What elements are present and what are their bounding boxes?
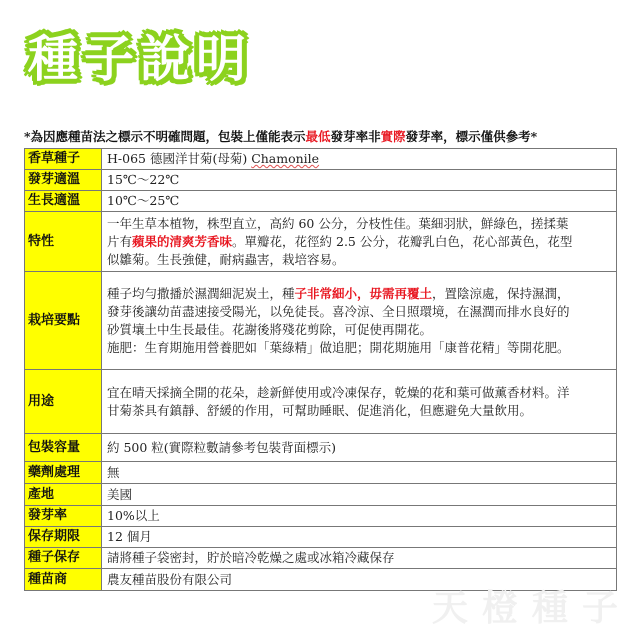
row-label: 包裝容量 (25, 434, 102, 462)
table-row: 特性 一年生草本植物，株型直立，高約 60 公分，分枝性佳。葉細羽狀，鮮綠色，搓… (25, 212, 617, 272)
table-row: 種子保存 請將種子袋密封，貯於暗冷乾燥之處或冰箱冷藏保存 (25, 548, 617, 569)
table-row: 香草種子 H-065 德國洋甘菊(母菊) Chamonile (25, 149, 617, 170)
row-value: 請將種子袋密封，貯於暗冷乾燥之處或冰箱冷藏保存 (102, 548, 617, 569)
text-line: 種子均勻撒播於濕潤細泥炭土，種子非常細小，毋需再覆土，置陰涼處，保持濕潤， (107, 285, 611, 303)
row-label: 栽培要點 (25, 272, 102, 370)
table-row: 保存期限 12 個月 (25, 527, 617, 548)
row-value: 10%以上 (102, 506, 617, 527)
text-line: 發芽後讓幼苗盡速接受陽光，以免徒長。喜冷涼、全日照環境，在濕潤而排水良好的 (107, 303, 611, 321)
emphasis-text: 蘋果的清爽芳香味 (132, 234, 232, 249)
notice-emphasis-actual: 實際 (381, 129, 406, 144)
notice-text-2: 發芽率非 (331, 129, 381, 144)
text-fragment: 種子均勻撒播於濕潤細泥炭土，種 (107, 286, 295, 301)
row-label: 產地 (25, 484, 102, 506)
table-row: 生長適溫 10℃～25℃ (25, 191, 617, 212)
row-value: 12 個月 (102, 527, 617, 548)
table-row: 栽培要點 種子均勻撒播於濕潤細泥炭土，種子非常細小，毋需再覆土，置陰涼處，保持濕… (25, 272, 617, 370)
row-label: 用途 (25, 370, 102, 434)
germination-notice: *為因應種苗法之標示不明確問題，包裝上僅能表示最低發芽率非實際發芽率，標示僅供參… (24, 129, 624, 145)
seed-latin-name: Chamonile (251, 151, 319, 166)
row-label: 特性 (25, 212, 102, 272)
seed-name: H-065 德國洋甘菊(母菊) (107, 151, 251, 166)
notice-text-1: *為因應種苗法之標示不明確問題，包裝上僅能表示 (24, 129, 306, 144)
text-line: 砂質壤土中生長最佳。花謝後將殘花剪除，可促使再開花。 (107, 321, 611, 339)
table-row: 發芽適溫 15℃～22℃ (25, 170, 617, 191)
row-label: 發芽適溫 (25, 170, 102, 191)
row-value: 美國 (102, 484, 617, 506)
table-row: 用途 宜在晴天採摘全開的花朵，趁新鮮使用或冷凍保存，乾燥的花和葉可做薰香材料。洋… (25, 370, 617, 434)
text-fragment: ，置陰涼處，保持濕潤， (432, 286, 570, 301)
text-line: 似雛菊。生長強健，耐病蟲害，栽培容易。 (107, 251, 611, 269)
page-title: 種子說明 (28, 34, 252, 84)
row-value: 約 500 粒(實際粒數請參考包裝背面標示) (102, 434, 617, 462)
notice-text-3: 發芽率，標示僅供參考* (406, 129, 538, 144)
table-row: 產地 美國 (25, 484, 617, 506)
notice-emphasis-lowest: 最低 (306, 129, 331, 144)
row-value: 15℃～22℃ (102, 170, 617, 191)
row-value: 無 (102, 462, 617, 484)
text-line: 宜在晴天採摘全開的花朵，趁新鮮使用或冷凍保存，乾燥的花和葉可做薰香材料。洋 (107, 384, 611, 402)
row-label: 種子保存 (25, 548, 102, 569)
row-label: 種苗商 (25, 569, 102, 591)
row-label: 生長適溫 (25, 191, 102, 212)
row-label: 發芽率 (25, 506, 102, 527)
row-value: 一年生草本植物，株型直立，高約 60 公分，分枝性佳。葉細羽狀，鮮綠色，搓揉葉 … (102, 212, 617, 272)
text-line: 片有蘋果的清爽芳香味。單瓣花，花徑約 2.5 公分，花瓣乳白色，花心部黃色，花型 (107, 233, 611, 251)
row-value: 種子均勻撒播於濕潤細泥炭土，種子非常細小，毋需再覆土，置陰涼處，保持濕潤， 發芽… (102, 272, 617, 370)
row-label: 保存期限 (25, 527, 102, 548)
text-fragment: 。單瓣花，花徑約 2.5 公分，花瓣乳白色，花心部黃色，花型 (232, 234, 572, 249)
table-row: 藥劑處理 無 (25, 462, 617, 484)
row-label: 藥劑處理 (25, 462, 102, 484)
emphasis-text: 子非常細小，毋需再覆土 (295, 286, 433, 301)
row-value: H-065 德國洋甘菊(母菊) Chamonile (102, 149, 617, 170)
text-line: 施肥：生育期施用營養肥如「葉綠精」做追肥；開花期施用「康普花精」等開花肥。 (107, 339, 611, 357)
seed-spec-table: 香草種子 H-065 德國洋甘菊(母菊) Chamonile 發芽適溫 15℃～… (24, 148, 617, 591)
row-value: 10℃～25℃ (102, 191, 617, 212)
row-value: 宜在晴天採摘全開的花朵，趁新鮮使用或冷凍保存，乾燥的花和葉可做薰香材料。洋 甘菊… (102, 370, 617, 434)
row-label: 香草種子 (25, 149, 102, 170)
table-row: 包裝容量 約 500 粒(實際粒數請參考包裝背面標示) (25, 434, 617, 462)
text-fragment: 片有 (107, 234, 132, 249)
table-row: 發芽率 10%以上 (25, 506, 617, 527)
text-line: 甘菊茶具有鎮靜、舒緩的作用，可幫助睡眠、促進消化，但應避免大量飲用。 (107, 402, 611, 420)
text-line: 一年生草本植物，株型直立，高約 60 公分，分枝性佳。葉細羽狀，鮮綠色，搓揉葉 (107, 215, 611, 233)
watermark: 天橙種子 (432, 580, 632, 631)
